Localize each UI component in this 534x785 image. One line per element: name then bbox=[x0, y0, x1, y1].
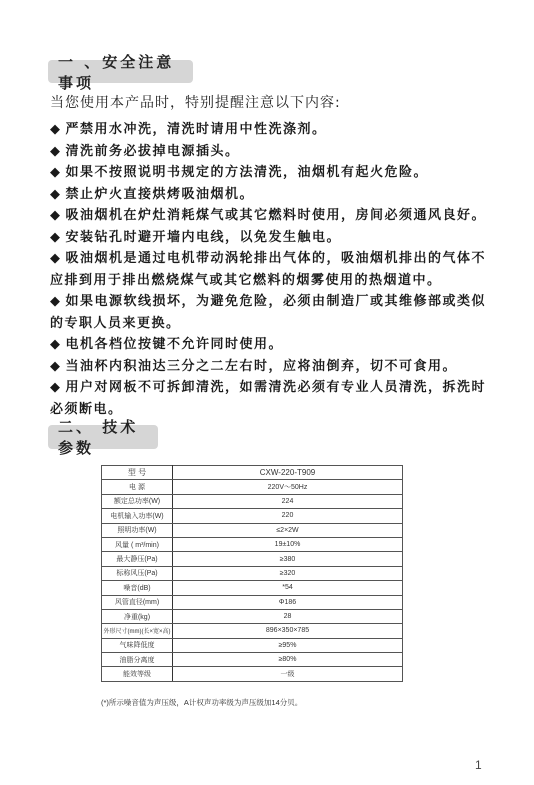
safety-note: ◆禁止炉火直接烘烤吸油烟机。 bbox=[50, 184, 500, 206]
spec-value: ≥320 bbox=[173, 566, 403, 580]
spec-value: 220V～50Hz bbox=[173, 480, 403, 494]
spec-label: 风管直径(mm) bbox=[102, 595, 173, 609]
spec-value: ≥80% bbox=[173, 653, 403, 667]
table-row: 型 号CXW-220-T909 bbox=[102, 466, 403, 480]
diamond-bullet-icon: ◆ bbox=[50, 165, 62, 180]
table-row: 净重(kg)28 bbox=[102, 609, 403, 623]
table-row: 最大静压(Pa)≥380 bbox=[102, 552, 403, 566]
safety-notes-list: ◆严禁用水冲洗，清洗时请用中性洗涤剂。 ◆清洗前务必拔掉电源插头。 ◆如果不按照… bbox=[50, 119, 500, 420]
spec-value: *54 bbox=[173, 581, 403, 595]
spec-value: 19±10% bbox=[173, 537, 403, 551]
table-row: 能效等级一级 bbox=[102, 667, 403, 681]
safety-note: ◆用户对网板不可拆卸清洗，如需清洗必须有专业人员清洗，拆洗时必须断电。 bbox=[50, 377, 500, 420]
diamond-bullet-icon: ◆ bbox=[50, 294, 62, 309]
intro-text: 当您使用本产品时，特别提醒注意以下内容: bbox=[50, 92, 341, 112]
safety-note: ◆电机各档位按键不允许同时使用。 bbox=[50, 334, 500, 356]
diamond-bullet-icon: ◆ bbox=[50, 380, 62, 395]
diamond-bullet-icon: ◆ bbox=[50, 337, 62, 352]
spec-value: 224 bbox=[173, 494, 403, 508]
spec-label: 油脂分离度 bbox=[102, 653, 173, 667]
spec-label: 净重(kg) bbox=[102, 609, 173, 623]
safety-note: ◆清洗前务必拔掉电源插头。 bbox=[50, 141, 500, 163]
table-row: 电 源220V～50Hz bbox=[102, 480, 403, 494]
table-row: 风量 ( m³/min)19±10% bbox=[102, 537, 403, 551]
spec-label: 型 号 bbox=[102, 466, 173, 480]
section-header-safety: 一 、安全注意事项 bbox=[48, 60, 193, 83]
table-row: 噪音(dB)*54 bbox=[102, 581, 403, 595]
safety-note: ◆吸油烟机是通过电机带动涡轮排出气体的，吸油烟机排出的气体不应排到用于排出燃烧煤… bbox=[50, 248, 500, 291]
spec-label: 风量 ( m³/min) bbox=[102, 537, 173, 551]
spec-label: 最大静压(Pa) bbox=[102, 552, 173, 566]
spec-value: ≤2×2W bbox=[173, 523, 403, 537]
safety-note: ◆安装钻孔时避开墙内电线，以免发生触电。 bbox=[50, 227, 500, 249]
spec-label: 标称风压(Pa) bbox=[102, 566, 173, 580]
spec-value: ≥380 bbox=[173, 552, 403, 566]
table-row: 额定总功率(W)224 bbox=[102, 494, 403, 508]
spec-value: ≥95% bbox=[173, 638, 403, 652]
spec-value: 一级 bbox=[173, 667, 403, 681]
safety-note: ◆当油杯内积油达三分之二左右时，应将油倒弃，切不可食用。 bbox=[50, 356, 500, 378]
safety-note: ◆如果电源软线损坏，为避免危险，必须由制造厂或其维修部或类似的专职人员来更换。 bbox=[50, 291, 500, 334]
diamond-bullet-icon: ◆ bbox=[50, 230, 62, 245]
diamond-bullet-icon: ◆ bbox=[50, 359, 62, 374]
table-row: 照明功率(W)≤2×2W bbox=[102, 523, 403, 537]
spec-value: Φ186 bbox=[173, 595, 403, 609]
spec-value: 28 bbox=[173, 609, 403, 623]
section-title: 一 、安全注意事项 bbox=[58, 51, 183, 93]
spec-table: 型 号CXW-220-T909 电 源220V～50Hz 额定总功率(W)224… bbox=[101, 465, 403, 682]
spec-value: 220 bbox=[173, 509, 403, 523]
diamond-bullet-icon: ◆ bbox=[50, 187, 62, 202]
diamond-bullet-icon: ◆ bbox=[50, 251, 62, 266]
spec-label: 电 源 bbox=[102, 480, 173, 494]
spec-label: 照明功率(W) bbox=[102, 523, 173, 537]
safety-note: ◆吸油烟机在炉灶消耗煤气或其它燃料时使用，房间必须通风良好。 bbox=[50, 205, 500, 227]
table-row: 外形尺寸(mm)(长×宽×高)896×350×785 bbox=[102, 624, 403, 638]
spec-label: 能效等级 bbox=[102, 667, 173, 681]
diamond-bullet-icon: ◆ bbox=[50, 208, 62, 223]
safety-note: ◆如果不按照说明书规定的方法清洗，油烟机有起火危险。 bbox=[50, 162, 500, 184]
section-title: 二、 技术参数 bbox=[58, 416, 148, 458]
spec-label: 噪音(dB) bbox=[102, 581, 173, 595]
diamond-bullet-icon: ◆ bbox=[50, 122, 62, 137]
diamond-bullet-icon: ◆ bbox=[50, 144, 62, 159]
table-row: 风管直径(mm)Φ186 bbox=[102, 595, 403, 609]
section-header-specs: 二、 技术参数 bbox=[48, 425, 158, 449]
safety-note: ◆严禁用水冲洗，清洗时请用中性洗涤剂。 bbox=[50, 119, 500, 141]
table-row: 标称风压(Pa)≥320 bbox=[102, 566, 403, 580]
spec-value: 896×350×785 bbox=[173, 624, 403, 638]
table-row: 电机输入功率(W)220 bbox=[102, 509, 403, 523]
table-row: 气味降低度≥95% bbox=[102, 638, 403, 652]
noise-footnote: (*)所示噪音值为声压级，A计权声功率级为声压级加14分贝。 bbox=[101, 697, 302, 708]
spec-label: 外形尺寸(mm)(长×宽×高) bbox=[102, 624, 173, 638]
page-number: 1 bbox=[475, 758, 482, 772]
spec-label: 气味降低度 bbox=[102, 638, 173, 652]
spec-value: CXW-220-T909 bbox=[173, 466, 403, 480]
spec-label: 额定总功率(W) bbox=[102, 494, 173, 508]
spec-label: 电机输入功率(W) bbox=[102, 509, 173, 523]
table-row: 油脂分离度≥80% bbox=[102, 653, 403, 667]
